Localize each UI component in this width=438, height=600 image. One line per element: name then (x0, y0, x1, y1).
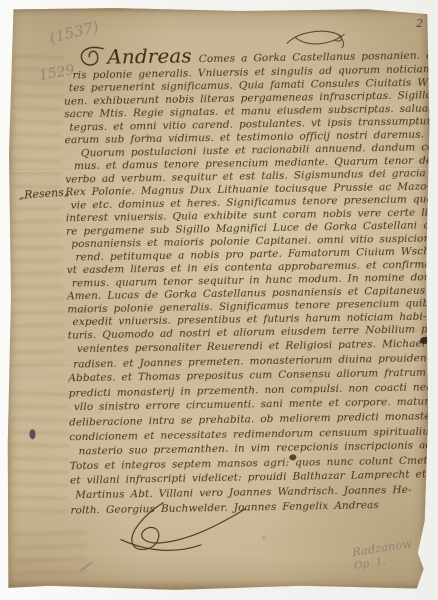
ink-blot (29, 429, 35, 439)
ink-blot (289, 454, 296, 460)
margin-note: „Resens„ (18, 186, 70, 202)
ink-bleedthrough (8, 207, 64, 378)
initial-word: Andreas (107, 43, 192, 68)
corner-folio-numeral: 2 (416, 17, 423, 30)
paraph-flourish-icon (117, 500, 249, 559)
scan-background: (1537) 1529 2 „Resens„ Andreas Comes a G… (0, 0, 438, 600)
ink-bleedthrough (14, 531, 88, 585)
manuscript-text-block: Andreas Comes a Gorka Castellanus posnan… (63, 37, 438, 517)
initial-swash-icon (75, 44, 105, 68)
manuscript-page: (1537) 1529 2 „Resens„ Andreas Comes a G… (7, 7, 431, 591)
ink-blot (420, 337, 430, 344)
ink-bleedthrough (9, 392, 70, 523)
